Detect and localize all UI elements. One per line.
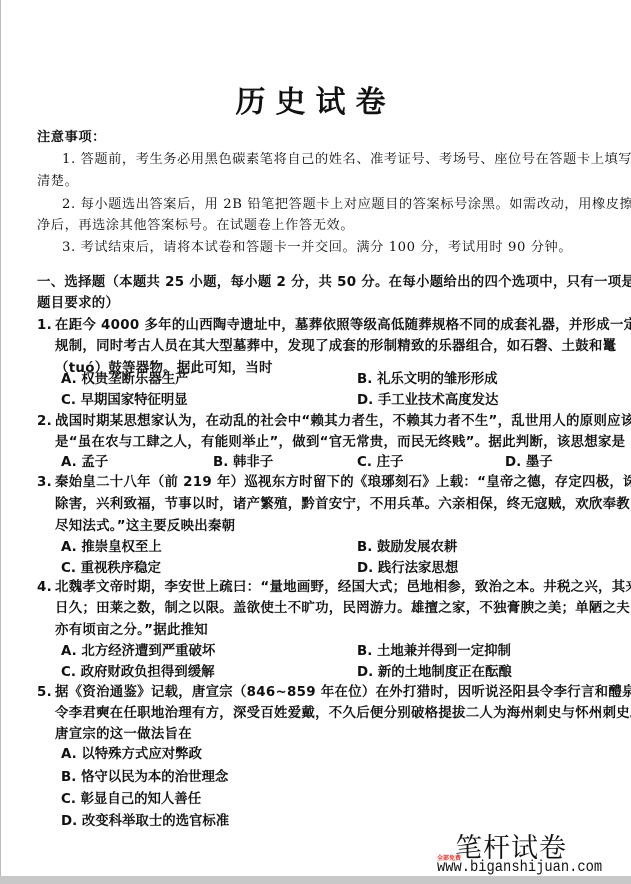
question-number: 4. [37, 579, 52, 597]
option-b: B. 恪守以民为本的治世理念 [61, 769, 228, 787]
question-stem: 除害，兴利致福，节事以时，诸产繁殖，黔首安宁，不用兵革。六亲相保，终无寇贼，欢欣… [55, 496, 631, 514]
option-b: B. 鼓励发展农耕 [357, 539, 457, 557]
question-stem: 北魏孝文帝时期，李安世上疏曰：“量地画野，经国大式；邑地相参，致治之本。井税之兴… [55, 579, 631, 597]
question-stem: 战国时期某思想家认为，在动乱的社会中“赖其力者生，不赖其力者不生”，乱世用人的原… [55, 413, 631, 431]
page-bottom-edge [0, 876, 631, 884]
question-stem: 秦始皇二十八年（前 219 年）巡视东方时留下的《琅琊刻石》上载：“皇帝之德，存… [55, 474, 631, 492]
notice-line: 1. 答题前，考生务必用黑色碳素笔将自己的姓名、准考证号、考场号、座位号在答题卡… [62, 151, 631, 169]
question-stem: 亦有顷亩之分。”据此推知 [55, 622, 208, 640]
question-stem: 据《资治通鉴》记载，唐宣宗（846~859 年在位）在外打猎时，因听说泾阳县令李… [55, 684, 631, 702]
watermark-url: www.biganshijuan.com [437, 858, 602, 876]
page-title: 历史试卷 [0, 77, 631, 121]
question-number: 5. [37, 684, 52, 702]
option-a: A. 北方经济遭到严重破坏 [61, 643, 215, 661]
question-stem: 尽知法式。”这主要反映出秦朝 [55, 518, 235, 536]
option-a: A. 孟子 [61, 454, 108, 472]
option-a: A. 推崇皇权至上 [61, 539, 162, 557]
notice-heading: 注意事项： [37, 129, 106, 147]
option-b: B. 礼乐文明的雏形形成 [357, 371, 497, 389]
section-heading: 一、选择题（本题共 25 小题，每小题 2 分，共 50 分。在每小题给出的四个… [37, 274, 631, 292]
option-d: D. 手工业技术高度发达 [357, 392, 498, 410]
question-number: 3. [37, 474, 52, 492]
question-stem: 在距今 4000 多年的山西陶寺遗址中，墓葬依照等级高低随葬规格不同的成套礼器，… [55, 317, 631, 335]
question-number: 1. [37, 317, 52, 335]
notice-line: 清楚。 [37, 173, 78, 191]
option-c: C. 早期国家特征明显 [61, 392, 188, 410]
notice-line: 3. 考试结束后，请将本试卷和答题卡一并交回。满分 100 分，考试用时 90 … [62, 239, 572, 257]
question-stem: 是“虽在农与工肆之人，有能则举止”，做到“官无常贵，而民无终贱”。据此判断，该思… [55, 434, 625, 452]
notice-line: 2. 每小题选出答案后，用 2B 铅笔把答题卡上对应题目的答案标号涂黑。如需改动… [62, 196, 631, 214]
question-number: 2. [37, 413, 52, 431]
question-stem: 唐宣宗的这一做法旨在 [55, 726, 192, 744]
option-b: B. 韩非子 [213, 454, 273, 472]
section-heading-cont: 题目要求的） [37, 295, 119, 313]
option-d: D. 新的土地制度正在酝酿 [357, 664, 512, 682]
page-left-border [0, 0, 1, 884]
option-d: D. 改变科举取士的选官标准 [61, 813, 229, 831]
option-d: D. 践行法家思想 [357, 560, 458, 578]
option-c: C. 重视秩序稳定 [61, 560, 161, 578]
notice-line: 净后，再选涂其他答案标号。在试题卷上作答无效。 [37, 217, 354, 235]
option-c: C. 彰显自己的知人善任 [61, 791, 201, 809]
question-stem: 令李君奭在任职地治理有方，深受百姓爱戴，不久后便分别破格提拔二人为海州刺史与怀州… [55, 705, 631, 723]
option-c: C. 庄子 [357, 454, 403, 472]
option-a: A. 以特殊方式应对弊政 [61, 746, 202, 764]
option-a: A. 权贵垄断乐器生产 [61, 371, 189, 389]
question-stem: 日久；田莱之数，制之以限。盖欲使土不旷功，民罔游力。雄擅之家，不独膏腴之美；单陋… [55, 600, 631, 618]
question-stem: 规制，同时考古人员在其大型墓葬中，发现了成套的形制精致的乐器组合，如石磬、土鼓和… [55, 338, 616, 356]
option-c: C. 政府财政负担得到缓解 [61, 664, 214, 682]
option-d: D. 墨子 [505, 454, 553, 472]
option-b: B. 土地兼并得到一定抑制 [357, 643, 511, 661]
